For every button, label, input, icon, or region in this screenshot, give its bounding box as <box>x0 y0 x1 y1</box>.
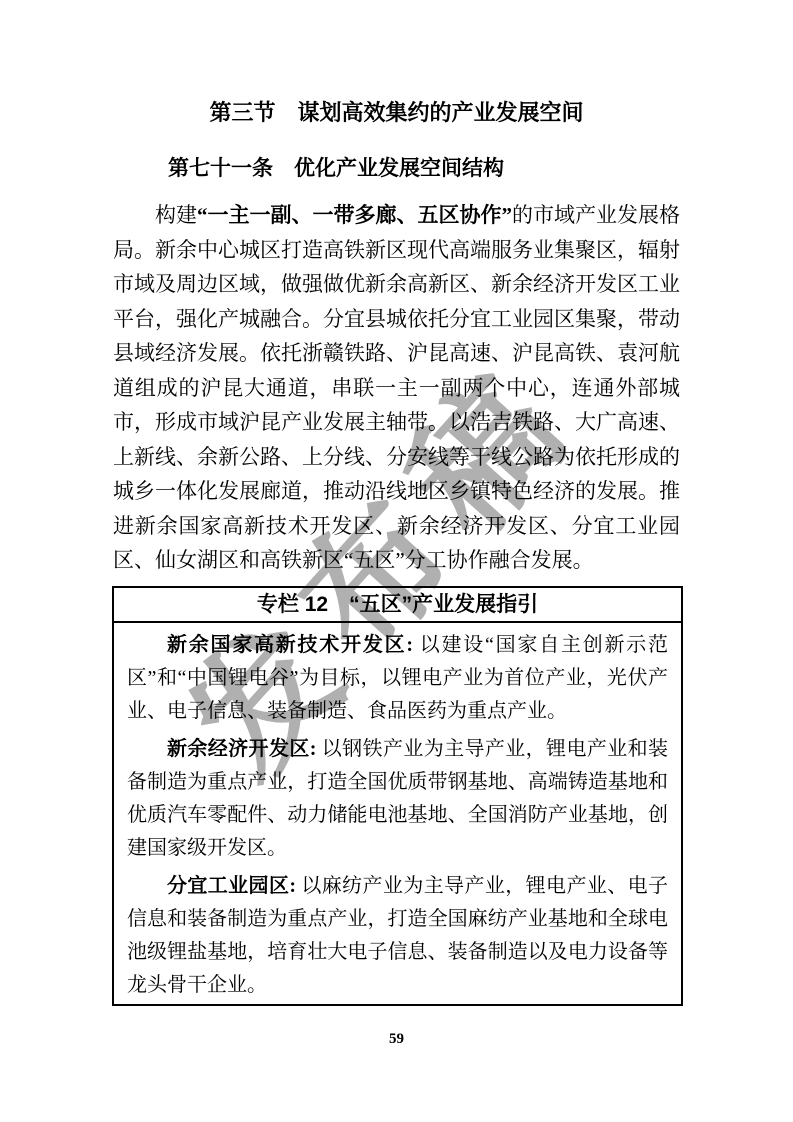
callout-box-title: 专栏 12 “五区”产业发展指引 <box>114 588 681 623</box>
box-paragraph-label: 分宜工业园区: <box>167 875 301 897</box>
body-paragraph: 构建“一主一副、一带多廊、五区协作”的市域产业发展格局。新余中心城区打造高铁新区… <box>113 198 680 578</box>
page-number: 59 <box>0 1031 793 1048</box>
callout-box: 专栏 12 “五区”产业发展指引 新余国家高新技术开发区: 以建设“国家自主创新… <box>112 586 683 1006</box>
body-paragraph-lead: 构建 <box>155 203 197 227</box>
box-paragraph-fenyi: 分宜工业园区: 以麻纺产业为主导产业，锂电产业、电子信息和装备制造为重点产业，打… <box>127 870 668 1002</box>
article-heading: 第七十一条 优化产业发展空间结构 <box>168 154 504 182</box>
document-page: 发布稿 第三节 谋划高效集约的产业发展空间 第七十一条 优化产业发展空间结构 构… <box>0 0 793 1122</box>
body-paragraph-emphasis: “一主一副、一带多廊、五区协作” <box>197 203 512 227</box>
box-paragraph-gaoxin: 新余国家高新技术开发区: 以建设“国家自主创新示范区”和“中国锂电谷”为目标，以… <box>127 629 668 728</box>
box-paragraph-label: 新余经济开发区: <box>167 738 322 760</box>
body-paragraph-rest: 的市域产业发展格局。新余中心城区打造高铁新区现代高端服务业集聚区，辐射市域及周边… <box>113 203 680 572</box>
callout-box-body: 新余国家高新技术开发区: 以建设“国家自主创新示范区”和“中国锂电谷”为目标，以… <box>114 623 681 1006</box>
section-title: 第三节 谋划高效集约的产业发展空间 <box>0 99 793 127</box>
box-paragraph-label: 新余国家高新技术开发区: <box>167 634 420 656</box>
box-paragraph-jingkai: 新余经济开发区: 以钢铁产业为主导产业，锂电产业和装备制造为重点产业，打造全国优… <box>127 733 668 865</box>
